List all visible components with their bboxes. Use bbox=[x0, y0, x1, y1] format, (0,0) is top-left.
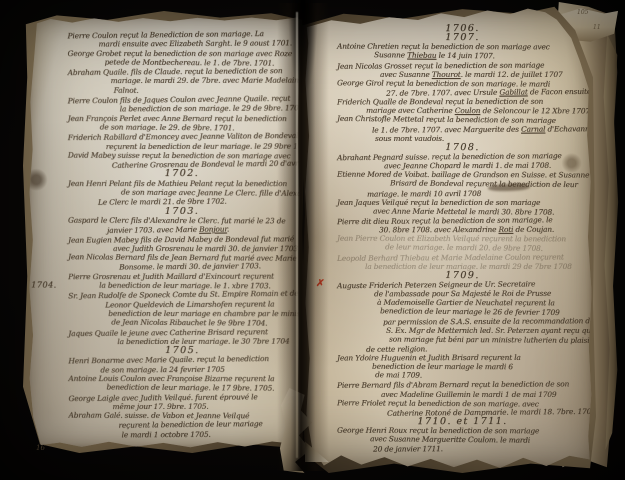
register-line: Jean Jaques Veilqué reçut la benediction… bbox=[337, 198, 588, 207]
page-edge-highlight bbox=[296, 12, 298, 458]
register-line: mardi ensuite avec Elizabeth Sarght. le … bbox=[67, 39, 295, 50]
register-line: la benediction de son mariage. le 29 de … bbox=[68, 104, 296, 115]
left-page: Pierre Coulon reçut la Benediction de so… bbox=[27, 16, 301, 449]
scanned-register-photo: Pierre Coulon reçut la Benediction de so… bbox=[0, 0, 625, 480]
corner-mark: 16 bbox=[36, 444, 45, 452]
folio-number: 11 bbox=[593, 24, 601, 31]
folio-number: 105 bbox=[577, 9, 588, 16]
margin-year-note: 1704. bbox=[31, 280, 56, 289]
register-line: mariage. le mardi 29. de 7bre. avec Mari… bbox=[68, 76, 296, 86]
red-x-mark: ✗ bbox=[315, 279, 324, 289]
register-line: avec Madeline Guillemin le mardi 1 de ma… bbox=[337, 390, 588, 399]
register-line: reçurent la benediction de leur mariage.… bbox=[68, 141, 296, 151]
right-page: 1706.1707.Antoine Chretien reçut la bene… bbox=[302, 6, 592, 470]
register-line: S. Ex. Mgr de Metternich led. Sr. Peterz… bbox=[337, 326, 588, 335]
register-line: 20 de janvier 1711. bbox=[337, 444, 588, 455]
register-line: le mardi 1 octobre 1705. bbox=[69, 429, 297, 440]
year-heading: 1702. bbox=[68, 169, 296, 180]
right-page-text: 1706.1707.Antoine Chretien reçut la bene… bbox=[303, 6, 592, 469]
left-page-text: Pierre Coulon reçut la Benediction de so… bbox=[27, 16, 300, 449]
register-line: Jean Eugien Mabey fils de David Mabey de… bbox=[68, 234, 296, 245]
